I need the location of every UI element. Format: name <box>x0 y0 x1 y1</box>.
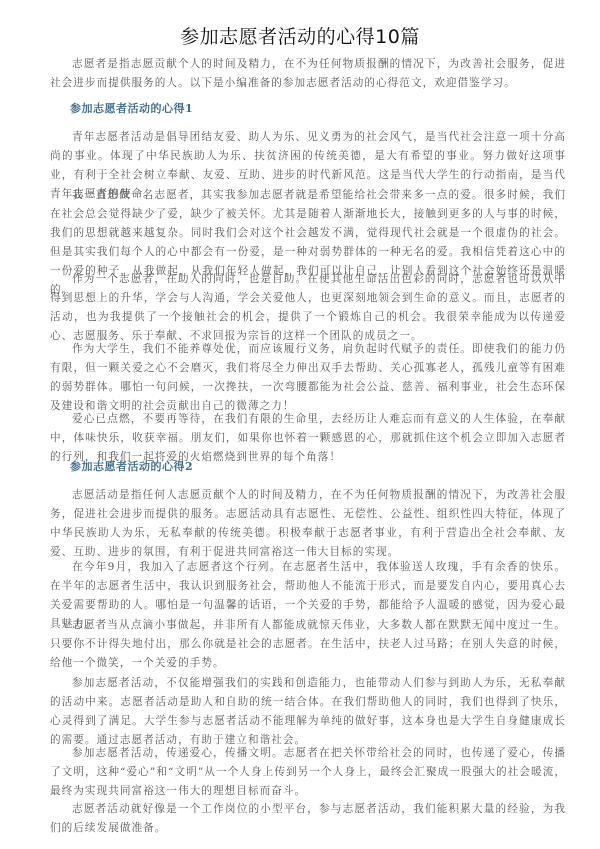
paragraph: 参加志愿者活动，传递爱心，传播文明。志愿者在把关怀带给社会的同时，也传递了爱心，… <box>50 744 566 801</box>
intro-paragraph: 志愿者是指志愿贡献个人的时间及精力，在不为任何物质报酬的情况下，为改善社会服务，… <box>50 55 566 93</box>
document-page: 参加志愿者活动的心得10篇 志愿者是指志愿贡献个人的时间及精力，在不为任何物质报… <box>0 0 600 849</box>
paragraph: 志愿者当从点滴小事做起，并非所有人都能成就惊天伟业，大多数人都在默默无闻中度过一… <box>50 616 566 673</box>
section-heading-1: 参加志愿者活动的心得1 <box>70 100 193 116</box>
section-heading-2: 参加志愿者活动的心得2 <box>70 458 193 474</box>
paragraph: 作为一个志愿者，在助人的同时，也是自助。在使其他生命活出色彩的同时，志愿者也可以… <box>50 270 566 346</box>
paragraph: 参加志愿者活动，不仅能增强我们的实践和创造能力，也能带动人们参与到助人为乐，无私… <box>50 674 566 750</box>
page-title: 参加志愿者活动的心得10篇 <box>0 22 600 49</box>
paragraph: 作为大学生，我们不能养尊处优，而应该履行义务，肩负起时代赋予的责任。即使我们的能… <box>50 340 566 416</box>
paragraph: 志愿活动是指任何人志愿贡献个人的时间及精力，在不为任何物质报酬的情况下，为改善社… <box>50 486 566 562</box>
paragraph: 志愿者活动就好像是一个工作岗位的小型平台，参与志愿者活动，我们能积累大量的经验，… <box>50 800 566 838</box>
